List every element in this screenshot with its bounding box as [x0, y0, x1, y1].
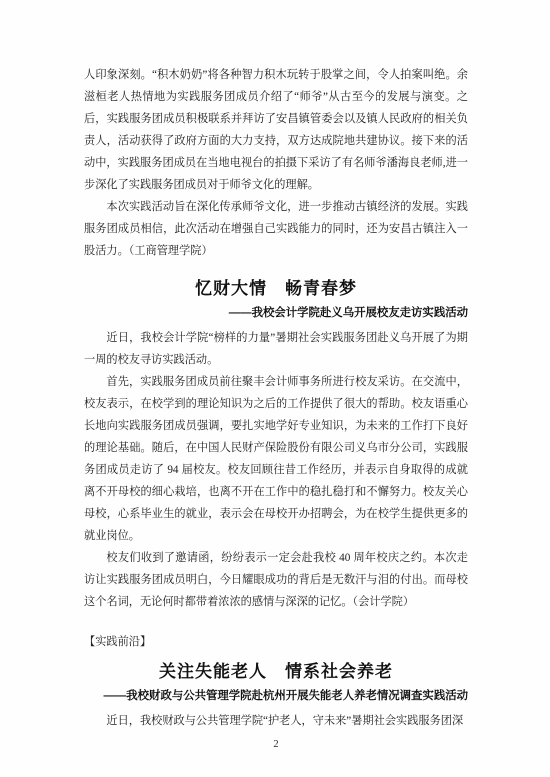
- paragraph-accounting-3: 校友们收到了邀请函，纷纷表示一定会赴我校 40 周年校庆之约。本次走访让实践服务…: [84, 547, 468, 613]
- paragraph-accounting-2: 首先，实践服务团成员前往聚丰会计师事务所进行校友采访。在交流中，校友表示，在校学…: [84, 371, 468, 547]
- paragraph-accounting-1: 近日，我校会计学院“榜样的力量”暑期社会实践服务团赴义乌开展了为期一周的校友寻访…: [84, 327, 468, 371]
- article-title-public-admin: 关注失能老人 情系社会养老: [84, 659, 468, 685]
- paragraph-closing-business-school: 本次实践活动旨在深化传承师爷文化，进一步推动古镇经济的发展。实践服务团成员相信，…: [84, 196, 468, 262]
- paragraph-public-admin-1: 近日，我校财政与公共管理学院“护老人，守未来”暑期社会实践服务团深: [84, 710, 468, 732]
- document-page: 人印象深刻。“积木奶奶”将各种智力积木玩转于股掌之间，令人拍案叫绝。余滋桓老人热…: [0, 0, 550, 777]
- article-subtitle-public-admin: ——我校财政与公共管理学院赴杭州开展失能老人养老情况调查实践活动: [84, 685, 468, 707]
- article-title-accounting: 忆财大情 畅青春梦: [84, 276, 468, 302]
- section-marker-practice-frontier: 【实践前沿】: [84, 631, 468, 653]
- paragraph-continuation: 人印象深刻。“积木奶奶”将各种智力积木玩转于股掌之间，令人拍案叫绝。余滋桓老人热…: [84, 64, 468, 196]
- article-subtitle-accounting: ——我校会计学院赴义乌开展校友走访实践活动: [84, 302, 468, 324]
- page-number: 2: [84, 734, 468, 756]
